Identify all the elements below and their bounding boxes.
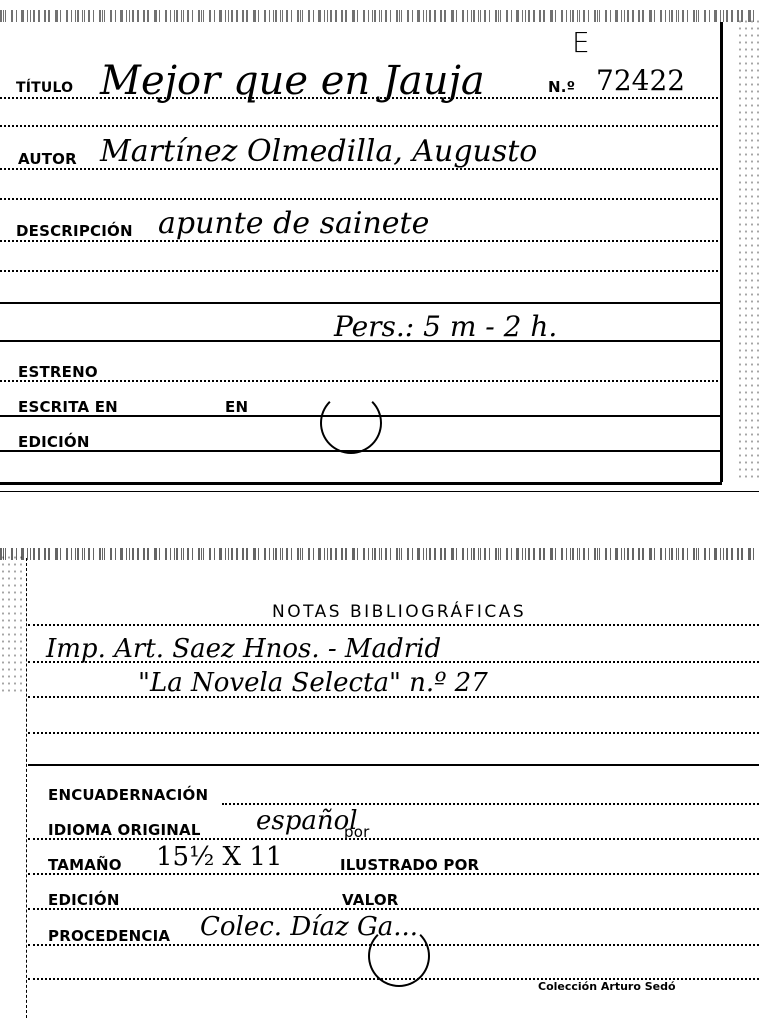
- tamano-value: 15½ X 11: [156, 842, 282, 872]
- collection-credit: Colección Arturo Sedó: [538, 980, 676, 993]
- encuadernacion-label: Encuadernación: [48, 786, 208, 804]
- rule: [0, 270, 722, 272]
- valor-label: Valor: [342, 891, 399, 909]
- rule: [0, 125, 722, 127]
- rule: [0, 302, 722, 304]
- scan-side-noise: [0, 554, 22, 694]
- catalog-mark: E: [572, 26, 590, 59]
- hole-punch-stamp: [320, 392, 382, 454]
- idioma-original-value: español: [256, 806, 358, 836]
- tamano-rule: [28, 873, 759, 875]
- edicion-label: Edición: [18, 433, 90, 451]
- rule: [0, 340, 722, 342]
- rule: [0, 198, 722, 200]
- note-line-2: "La Novela Selecta" n.º 27: [138, 668, 488, 698]
- personajes-note: Pers.: 5 m - 2 h.: [334, 310, 557, 343]
- notas-heading: NOTAS BIBLIOGRÁFICAS: [272, 602, 526, 622]
- numero-label: N.º: [548, 78, 575, 96]
- edicion-rule-back: [28, 908, 759, 910]
- hole-punch-stamp: [368, 925, 430, 987]
- titulo-rule: [0, 97, 722, 99]
- numero-value: 72422: [596, 64, 685, 97]
- rule: [28, 732, 759, 734]
- card-border-bottom: [0, 482, 722, 485]
- heading-rule: [28, 624, 759, 626]
- card-base-line: [0, 491, 759, 492]
- scan-edge-noise: [0, 548, 759, 560]
- edicion-label-back: Edición: [48, 891, 120, 909]
- descripcion-value: apunte de sainete: [158, 206, 429, 241]
- rule: [28, 696, 759, 698]
- autor-label: Autor: [18, 150, 77, 168]
- card-border-left: [26, 558, 27, 1018]
- estreno-rule: [0, 380, 722, 382]
- autor-value: Martínez Olmedilla, Augusto: [100, 134, 537, 169]
- idioma-original-label: Idioma original: [48, 821, 201, 839]
- descripcion-rule: [0, 240, 722, 242]
- scan-side-noise: [737, 18, 759, 478]
- procedencia-label: Procedencia: [48, 927, 170, 945]
- idioma-rule: [28, 838, 759, 840]
- catalog-card-back: NOTAS BIBLIOGRÁFICAS Imp. Art. Saez Hnos…: [0, 540, 759, 1028]
- rule: [28, 764, 759, 766]
- rule: [28, 661, 759, 663]
- encuadernacion-rule: [222, 803, 759, 805]
- tamano-label: Tamaño: [48, 856, 122, 874]
- catalog-card-front: E Título Mejor que en Jauja N.º 72422 Au…: [0, 0, 759, 495]
- estreno-label: Estreno: [18, 363, 98, 381]
- scan-edge-noise: [0, 10, 759, 22]
- card-border-right: [720, 22, 723, 482]
- autor-rule: [0, 168, 722, 170]
- ilustrado-por-label: Ilustrado por: [340, 856, 479, 874]
- en-label: En: [225, 398, 248, 416]
- escrita-en-label: Escrita en: [18, 398, 118, 416]
- titulo-label: Título: [16, 80, 73, 96]
- note-line-1: Imp. Art. Saez Hnos. - Madrid: [46, 634, 441, 664]
- descripcion-label: Descripción: [16, 222, 133, 240]
